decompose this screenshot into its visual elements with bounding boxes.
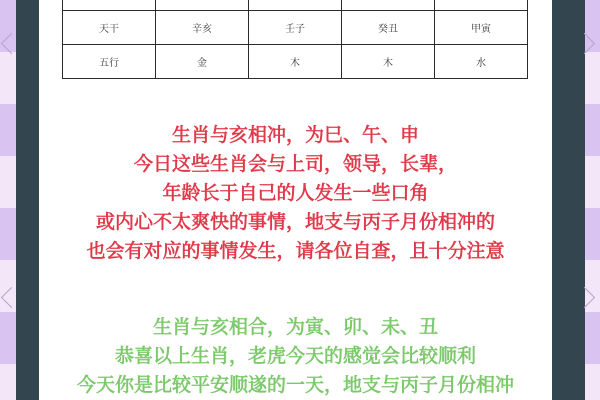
table-cell (249, 0, 342, 11)
table-cell (342, 0, 435, 11)
harmony-line: 生肖与亥相合，为寅、卯、未、丑 (39, 313, 552, 342)
frame-band-right (552, 0, 585, 400)
harmony-line: 今天你是比较平安顺遂的一天，地支与丙子月份相冲 (39, 371, 552, 400)
table-row-wuxing: 五行 金 木 木 水 (63, 45, 528, 79)
table-cell (63, 0, 156, 11)
table-cell: 甲寅 (435, 11, 528, 45)
clash-line: 也会有对应的事情发生，请各位自查，且十分注意 (39, 237, 552, 266)
table-row (63, 0, 528, 11)
clash-notice: 生肖与亥相冲，为巳、午、申 今日这些生肖会与上司，领导，长辈， 年龄长于自己的人… (39, 121, 552, 266)
table-cell: 木 (249, 45, 342, 79)
frame-band-left (16, 0, 39, 400)
ganzhi-table: 天干 辛亥 壬子 癸丑 甲寅 五行 金 木 木 水 (62, 0, 528, 79)
table-cell: 癸丑 (342, 11, 435, 45)
decorative-stripe-left (0, 0, 16, 400)
article-content: 天干 辛亥 壬子 癸丑 甲寅 五行 金 木 木 水 生肖与亥相冲，为巳、午、申 … (39, 0, 552, 400)
clash-line: 或内心不太爽快的事情，地支与丙子月份相冲的 (39, 208, 552, 237)
harmony-notice: 生肖与亥相合，为寅、卯、未、丑 恭喜以上生肖，老虎今天的感觉会比较顺利 今天你是… (39, 313, 552, 400)
table-cell: 水 (435, 45, 528, 79)
clash-line: 年龄长于自己的人发生一些口角 (39, 179, 552, 208)
row-label-wuxing: 五行 (63, 45, 156, 79)
clash-line: 今日这些生肖会与上司，领导，长辈， (39, 150, 552, 179)
table-cell (435, 0, 528, 11)
table-cell: 木 (342, 45, 435, 79)
clash-line: 生肖与亥相冲，为巳、午、申 (39, 121, 552, 150)
decorative-stripe-right (585, 0, 600, 400)
table-cell (156, 0, 249, 11)
harmony-line: 恭喜以上生肖，老虎今天的感觉会比较顺利 (39, 342, 552, 371)
row-label-tiangan: 天干 (63, 11, 156, 45)
table-cell: 金 (156, 45, 249, 79)
table-cell: 壬子 (249, 11, 342, 45)
table-cell: 辛亥 (156, 11, 249, 45)
table-row-tiangan: 天干 辛亥 壬子 癸丑 甲寅 (63, 11, 528, 45)
